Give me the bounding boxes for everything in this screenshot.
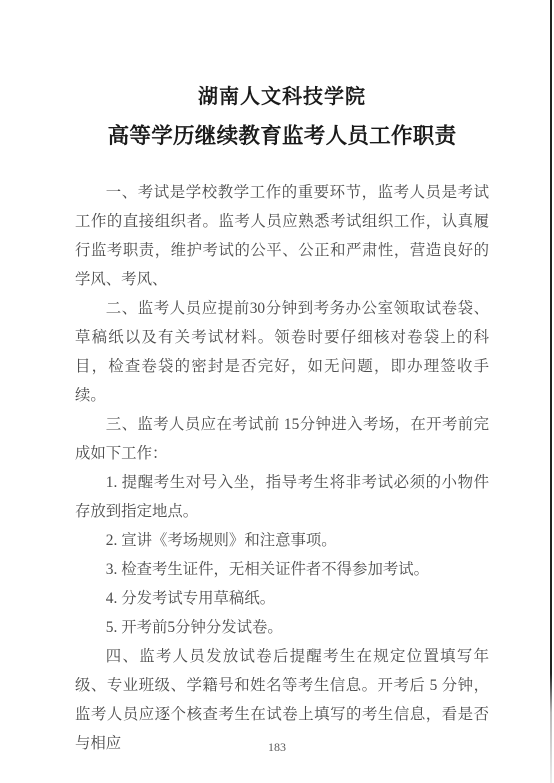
- scan-edge-artifact: [550, 0, 552, 783]
- paragraph: 1. 提醒考生对号入坐，指导考生将非考试必须的小物件存放到指定地点。: [75, 468, 489, 526]
- paragraph: 三、监考人员应在考试前 15分钟进入考场，在开考前完成如下工作：: [75, 410, 489, 468]
- paragraph: 一、考试是学校教学工作的重要环节，监考人员是考试工作的直接组织者。监考人员应熟悉…: [75, 178, 489, 294]
- paragraph: 3. 检查考生证件，无相关证件者不得参加考试。: [75, 555, 489, 584]
- document-title-line-1: 湖南人文科技学院: [75, 85, 489, 109]
- paragraph: 2. 宣讲《考场规则》和注意事项。: [75, 526, 489, 555]
- paragraph: 二、监考人员应提前30分钟到考务办公室领取试卷袋、草稿纸以及有关考试材料。领卷时…: [75, 294, 489, 410]
- paragraph: 4. 分发考试专用草稿纸。: [75, 584, 489, 613]
- document-page: 湖南人文科技学院 高等学历继续教育监考人员工作职责 一、考试是学校教学工作的重要…: [0, 0, 554, 783]
- document-title-line-2: 高等学历继续教育监考人员工作职责: [75, 123, 489, 149]
- document-title-block: 湖南人文科技学院 高等学历继续教育监考人员工作职责: [0, 0, 554, 149]
- page-number: 183: [0, 740, 554, 755]
- paragraph: 5. 开考前5分钟分发试卷。: [75, 613, 489, 642]
- document-body: 一、考试是学校教学工作的重要环节，监考人员是考试工作的直接组织者。监考人员应熟悉…: [0, 178, 554, 758]
